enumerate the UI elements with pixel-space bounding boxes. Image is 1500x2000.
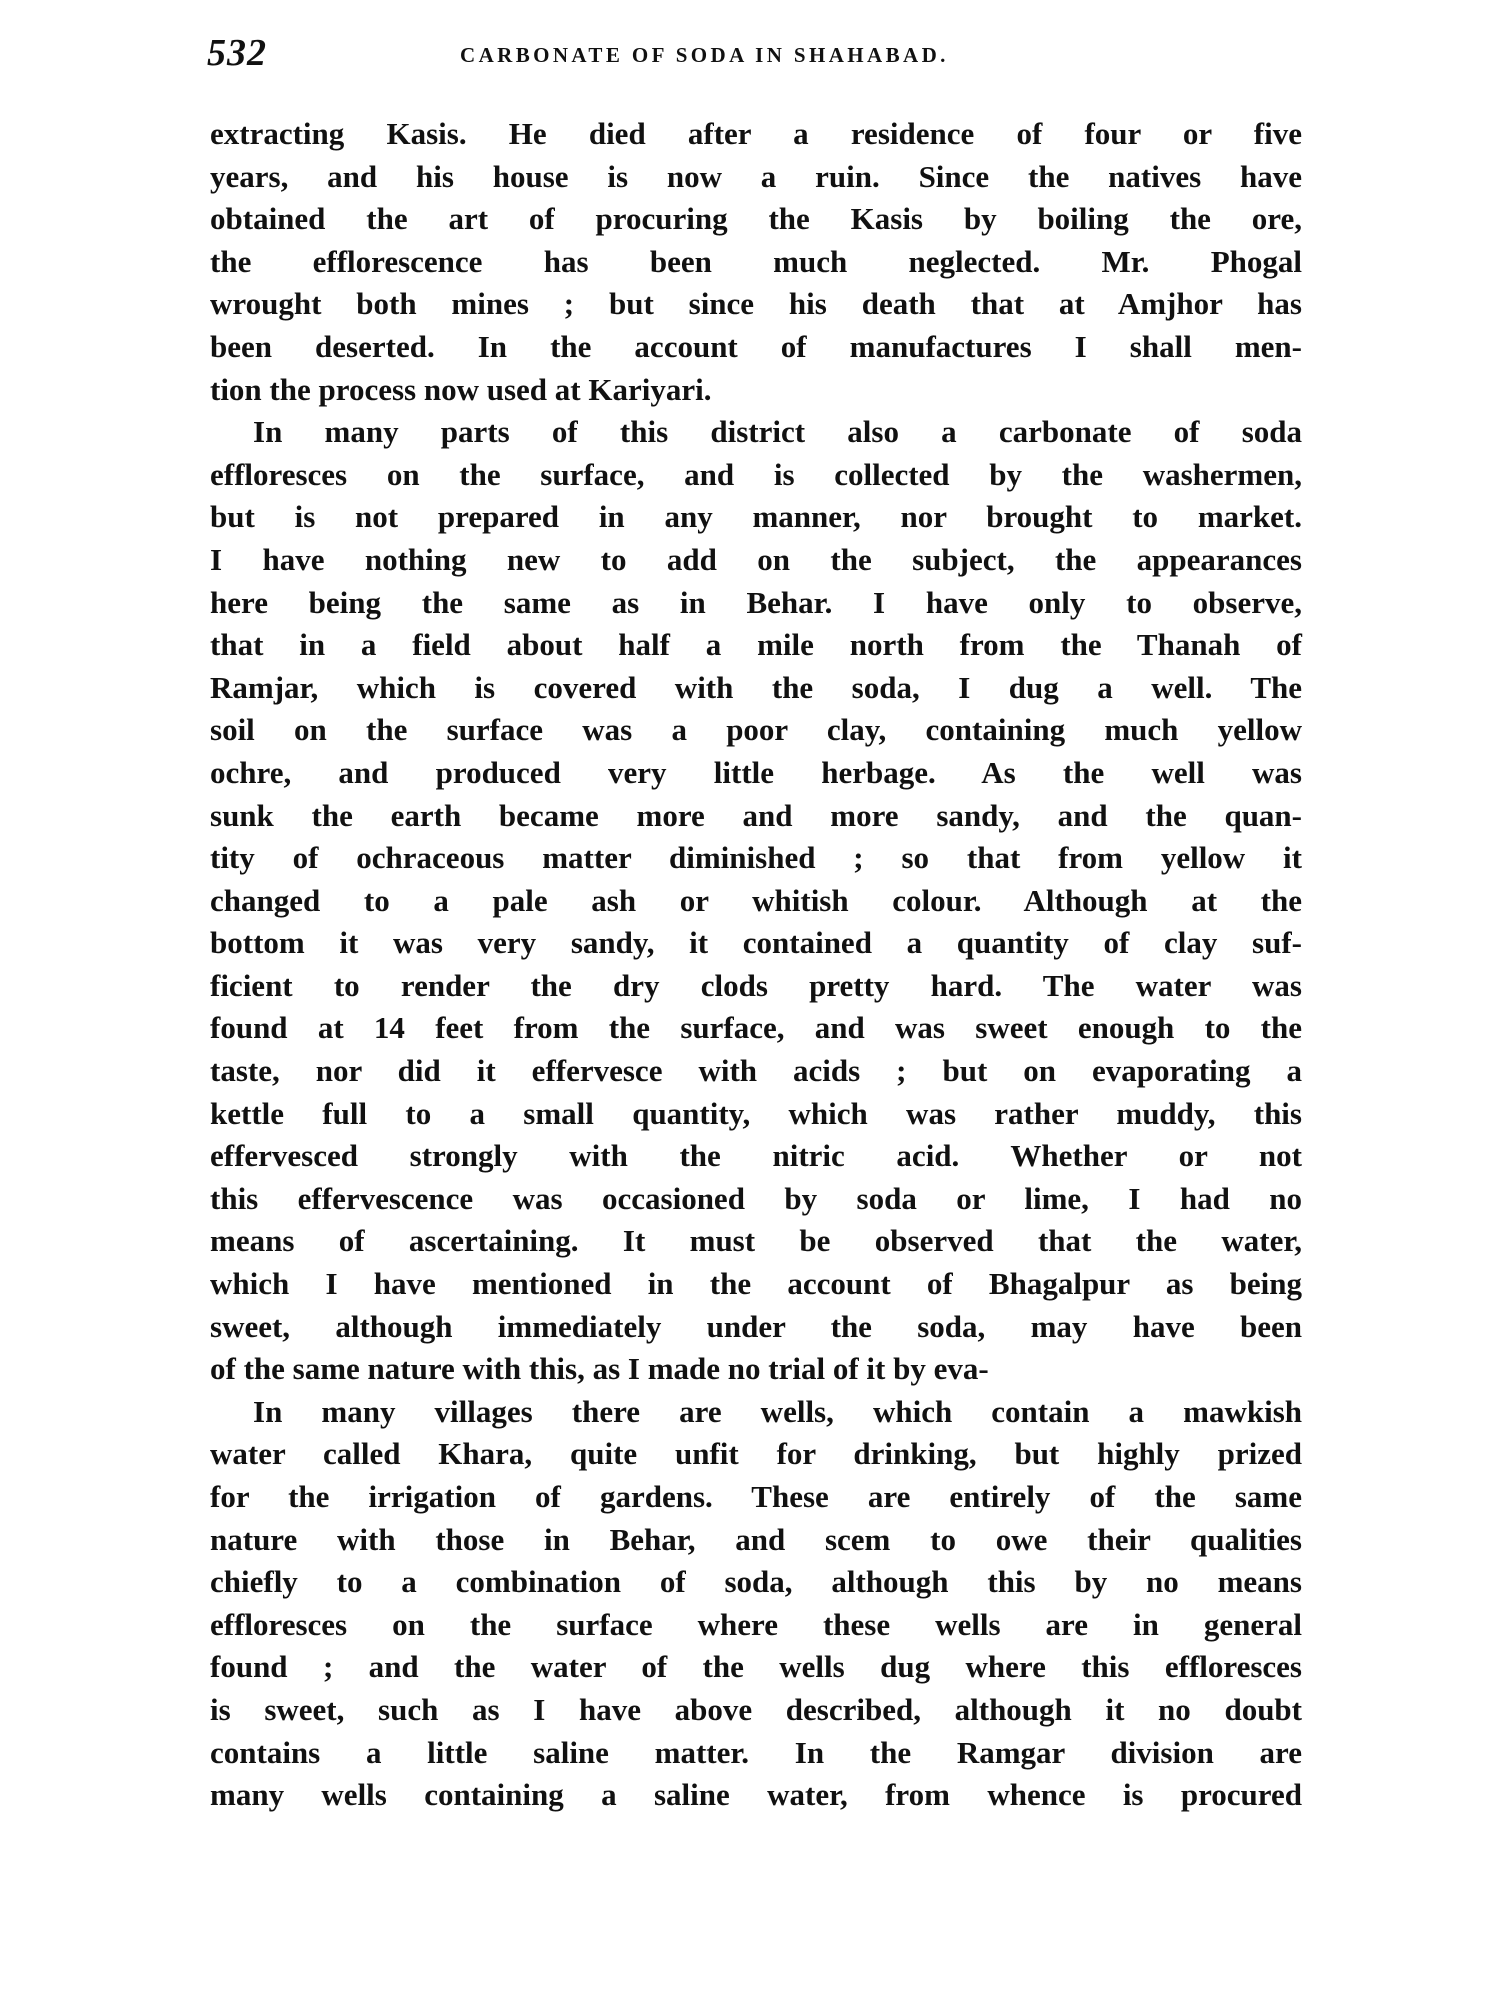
text-line: obtained the art of procuring the Kasis … [210,198,1302,241]
text-line: tion the process now used at Kariyari. [210,369,1302,412]
text-line: In many parts of this district also a ca… [210,411,1302,454]
running-head-title: CARBONATE OF SODA IN SHAHABAD. [460,45,1060,66]
paragraph-2: In many parts of this district also a ca… [210,411,1302,1391]
text-line: of the same nature with this, as I made … [210,1348,1302,1391]
text-line: water called Khara, quite unfit for drin… [210,1433,1302,1476]
text-line: here being the same as in Behar. I have … [210,582,1302,625]
text-line: which I have mentioned in the account of… [210,1263,1302,1306]
text-line: found at 14 feet from the surface, and w… [210,1007,1302,1050]
text-line: sweet, although immediately under the so… [210,1306,1302,1349]
text-line: effervesced strongly with the nitric aci… [210,1135,1302,1178]
text-line: means of ascertaining. It must be observ… [210,1220,1302,1263]
text-line: contains a little saline matter. In the … [210,1732,1302,1775]
text-line: been deserted. In the account of manufac… [210,326,1302,369]
text-line: many wells containing a saline water, fr… [210,1774,1302,1817]
text-line: this effervescence was occasioned by sod… [210,1178,1302,1221]
text-line: for the irrigation of gardens. These are… [210,1476,1302,1519]
text-line: I have nothing new to add on the subject… [210,539,1302,582]
paragraph-1: extracting Kasis. He died after a reside… [210,113,1302,411]
text-line: effloresces on the surface, and is colle… [210,454,1302,497]
paragraph-3: In many villages there are wells, which … [210,1391,1302,1817]
text-line: the efflorescence has been much neglecte… [210,241,1302,284]
text-line: found ; and the water of the wells dug w… [210,1646,1302,1689]
text-line: kettle full to a small quantity, which w… [210,1093,1302,1136]
text-line: bottom it was very sandy, it contained a… [210,922,1302,965]
text-line: changed to a pale ash or whitish colour.… [210,880,1302,923]
text-line: but is not prepared in any manner, nor b… [210,496,1302,539]
text-line: years, and his house is now a ruin. Sinc… [210,156,1302,199]
text-line: extracting Kasis. He died after a reside… [210,113,1302,156]
text-line: taste, nor did it effervesce with acids … [210,1050,1302,1093]
text-line: soil on the surface was a poor clay, con… [210,709,1302,752]
text-line: is sweet, such as I have above described… [210,1689,1302,1732]
page-number: 532 [207,34,267,72]
text-line: In many villages there are wells, which … [210,1391,1302,1434]
text-line: chiefly to a combination of soda, althou… [210,1561,1302,1604]
text-line: sunk the earth became more and more sand… [210,795,1302,838]
text-line: tity of ochraceous matter diminished ; s… [210,837,1302,880]
text-line: that in a field about half a mile north … [210,624,1302,667]
text-line: effloresces on the surface where these w… [210,1604,1302,1647]
body-text: extracting Kasis. He died after a reside… [210,113,1302,1817]
text-line: Ramjar, which is covered with the soda, … [210,667,1302,710]
text-line: nature with those in Behar, and scem to … [210,1519,1302,1562]
text-line: wrought both mines ; but since his death… [210,283,1302,326]
text-line: ochre, and produced very little herbage.… [210,752,1302,795]
text-line: ficient to render the dry clods pretty h… [210,965,1302,1008]
